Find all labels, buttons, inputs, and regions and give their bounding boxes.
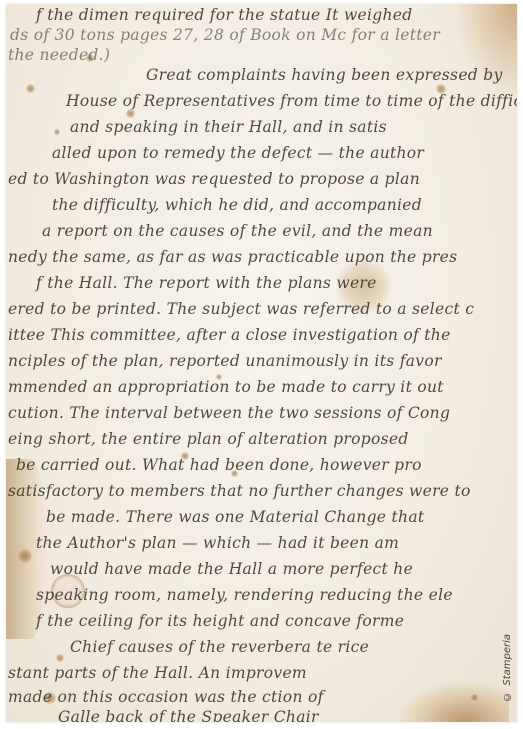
text-line: the difficulty, which he did, and accomp…	[52, 196, 422, 214]
text-line: would have made the Hall a more perfect …	[50, 560, 413, 578]
text-line: Great complaints having been expressed b…	[146, 66, 503, 84]
text-line: ittee This committee, after a close inve…	[8, 326, 451, 344]
manuscript-page: f the dimen required for the statue It w…	[6, 4, 517, 722]
text-line: ed to Washington was requested to propos…	[8, 170, 420, 188]
text-line: Galle back of the Speaker Chair	[58, 708, 319, 722]
text-line: nciples of the plan, reported unanimousl…	[8, 352, 442, 370]
copyright-icon: ©	[502, 691, 513, 702]
text-line: ds of 30 tons pages 27, 28 of Book on Mc…	[10, 26, 440, 44]
text-line: be made. There was one Material Change t…	[46, 508, 424, 526]
text-line: and speaking in their Hall, and in satis	[70, 118, 387, 136]
copyright-watermark: © Stamperia	[502, 634, 513, 702]
text-line: speaking room, namely, rendering reducin…	[36, 586, 453, 604]
text-line: the needed.)	[8, 46, 110, 64]
text-line: be carried out. What had been done, howe…	[16, 456, 422, 474]
handwritten-text: f the dimen required for the statue It w…	[6, 4, 517, 722]
watermark-text: Stamperia	[502, 634, 513, 686]
text-line: mmended an appropriation to be made to c…	[8, 378, 444, 396]
text-line: made on this occasion was the ction of	[8, 688, 324, 706]
text-line: alled upon to remedy the defect — the au…	[52, 144, 424, 162]
text-line: the Author's plan — which — had it been …	[36, 534, 399, 552]
text-line: f the ceiling for its height and concave…	[36, 612, 404, 630]
text-line: satisfactory to members that no further …	[8, 482, 471, 500]
text-line: nedy the same, as far as was practicable…	[8, 248, 457, 266]
text-line: eing short, the entire plan of alteratio…	[8, 430, 409, 448]
text-line: f the dimen required for the statue It w…	[36, 6, 412, 24]
text-line: f the Hall. The report with the plans we…	[36, 274, 377, 292]
text-line: cution. The interval between the two ses…	[8, 404, 450, 422]
text-line: House of Representatives from time to ti…	[66, 92, 517, 110]
text-line: ered to be printed. The subject was refe…	[8, 300, 474, 318]
text-line: Chief causes of the reverbera te rice	[70, 638, 369, 656]
text-line: a report on the causes of the evil, and …	[42, 222, 433, 240]
text-line: stant parts of the Hall. An improvem	[8, 664, 307, 682]
